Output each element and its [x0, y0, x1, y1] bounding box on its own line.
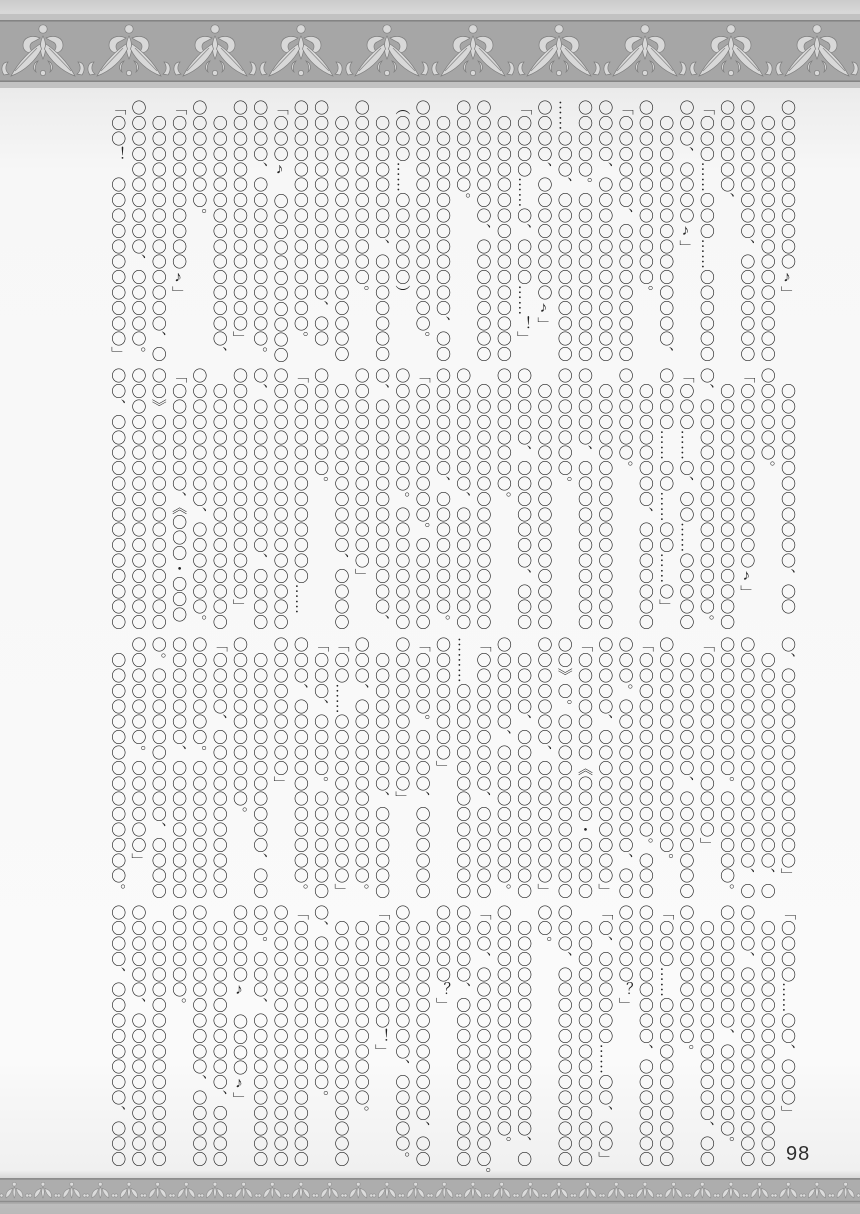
text-column: 〇〇〇〇〇〇〇〇〇〇、〇〇〇〇〇。 — [391, 905, 411, 1169]
text-column: 〇〇〇〇〇〇〇〇、〇〇〇〇〇〇〇 — [635, 368, 655, 632]
text-column: 「〇〇〇〇……〇、〇〇〇……！」 — [513, 100, 533, 364]
text-column: 〇〇〇〇〇〇〇〇〇、〇〇〇〇〇〇。 — [188, 368, 208, 632]
text-column: 〇〇〇〇〇〇〇〇〇〇」 — [391, 637, 411, 901]
text-column: 〇〇〇〇〇〇〇〇、〇〇〇〇〇〇〇〇 — [452, 368, 472, 632]
text-column: 〇、〇〇〇〇〇〇〇〇〇〇〇〇〇〇。 — [696, 368, 716, 632]
text-column: 〇〇〇〇〇〇〇〇〇〇〇〇。 — [350, 905, 370, 1169]
text-column: 〇〇〇〇〇〇〇〇〇、〇〇〇〇〇〇〇 — [635, 905, 655, 1169]
text-column: 〇〇〇〇〇〇〇〇〇〇〇、〇〇〇〇〇 — [188, 905, 208, 1169]
text-column: 「〇、〇〇〇〇〇〇……〇〇、〇〇」 — [594, 905, 614, 1169]
text-column: 〇〇〇〇〇〇〇〇〇〇〇〇〇〇〇、 — [655, 100, 675, 364]
text-column: 〇〇〇〇〇〇〇〇、〇〇〇〇〇〇〇 — [371, 100, 391, 364]
text-column: 〇〇〇〇〇〇、〇〇〇〇〇〇〇〇〇〇 — [127, 905, 147, 1169]
text-column: 〇〇〇〇〇〇、〇〇〇〇〇〇〇〇〇。 — [493, 637, 513, 901]
text-column: 〇〇〇〇、〇〇〇〇〇〇〇〇、〇〇〇 — [107, 905, 127, 1169]
text-column: 〇〇〇〇〇〇。 — [614, 368, 634, 632]
text-column: 〇〇〇〇……〇〇……〇〇……〇」 — [655, 368, 675, 632]
text-band-4: 「〇〇〇〇……〇〇、〇〇〇」 〇〇〇〇〇〇〇〇〇〇〇〇〇〇〇〇〇〇〇、〇〇〇〇〇… — [105, 905, 797, 1169]
text-column: 〇〇〇〇〇〇〇〇〇」 — [269, 637, 289, 901]
text-column: 〇〇〇〇〇〇〇〇〇〇〇〇〇、〇〇 — [249, 637, 269, 901]
text-column: 「〇〇、〇〇〇〇〇〇〇〇〇〇〇〇〇。 — [472, 905, 492, 1169]
text-column: 〇〇〇〇〇〇〇〇〇〇〇〇〇〇〇〇 — [148, 905, 168, 1169]
text-column: 〇〇〇〇〇〇〇〇〇〇〇〇〇〇〇、 — [208, 100, 228, 364]
text-column: 「〇〇〇……〇〇〇〇〇〇〇〇〇〇〇 — [655, 905, 675, 1169]
text-column: 〇〇〇〇〇〇〇〇〇〇〇〇〇〇〇〇〇 — [269, 368, 289, 632]
text-column: 〇〇〇、〇〇〇〇〇〇〇〇〇〇〇〇〇 — [553, 905, 573, 1169]
text-column: ……〇〇〇、〇〇〇〇〇〇〇〇〇〇〇 — [553, 100, 573, 364]
text-column: 「〇〇〇、〇〇〇〇。〇〇〇〇〇〇〇 — [310, 637, 330, 901]
text-column: 〇〇〇〇〇〇〇。 — [310, 368, 330, 632]
text-column: 〇〇〇〇〇？」 — [432, 905, 452, 1169]
text-column: 〇〇〇〇〇〇〇〇〇、〇〇〇〇〇〇〇 — [736, 100, 756, 364]
text-column: 〇〇〇〇〇〇〇〇〇。 — [675, 905, 695, 1169]
text-column: 〇〇〇〇〇〇〇〇〇〇〇〇〇、〇〇 — [310, 100, 330, 364]
text-column: 〇〇〇〇〇〇〇〇〇〇〇〇〇〇〇〇 — [330, 100, 350, 364]
page-number: 98 — [786, 1143, 810, 1166]
text-column: 〇〇〇〇〇〇。 — [452, 100, 472, 364]
text-column: 「〇〇〇……〇〇〇……〇〇〇〇〇〇 — [696, 100, 716, 364]
text-column: 〇〇〇〇〇〇〇〇〇〇〇〇〇〇〇〇 — [756, 905, 776, 1169]
text-column: 〇〇〇〇〇〇〇〇〇〇〇〇〇〇〇。 — [493, 905, 513, 1169]
text-column: 〇〇〇〇〇〇〇〇〇〇〇。 — [229, 637, 249, 901]
text-column: 〇〇〇〇〇〇〇。 — [553, 368, 573, 632]
text-band-3: 〇、〇〇〇〇〇〇〇〇〇〇〇〇〇」 〇〇〇〇〇〇〇〇〇〇〇〇〇〇、〇〇〇〇〇〇〇〇… — [105, 637, 797, 901]
text-band-1: 〇〇〇〇〇〇〇〇〇〇〇♪」 〇〇〇〇〇〇〇〇〇〇〇〇〇〇〇〇〇〇〇〇〇〇〇〇〇、… — [105, 100, 797, 364]
text-column: 〇〇〇〇〇〇〇。〇〇〇〇〇〇〇〇〇 — [188, 637, 208, 901]
text-column: 〇、〇〇〇〇〇〇〇〇〇〇〇〇〇〇、 — [371, 368, 391, 632]
text-column: 〇〇〇〇〇〇〇〇〇〇〇、〇〇〇〇 — [208, 905, 228, 1169]
text-column: 〇〇〇、〇〇〇〇〇〇〇〇〇〇〇〇〇 — [736, 905, 756, 1169]
text-column: 〇〇〇〇〇〇〇。 — [188, 100, 208, 364]
text-column: 〇〇〇、〇〇〇〇〇〇〇〇〇〇〇〇。 — [350, 637, 370, 901]
text-column: 〇〇〇〇〇〇〇〇、〇〇〇〇〇〇。 — [716, 905, 736, 1169]
text-column: 〇〇〇〇、〇〇〇〇〇〇〇〇〇〇〇〇 — [594, 100, 614, 364]
text-column: 「〇〇〇〇〇〇〇〇〇〇〇〇。〇〇〇 — [635, 637, 655, 901]
text-column: 〇〇〇〇〇〇〇〇〇、〇〇〇〇〇〇 — [371, 637, 391, 901]
text-column: 「〇〇〇〇、〇〇〇〇〇〇〇〇〇〇〇 — [208, 637, 228, 901]
text-column: 〇〇〇〇〇〇〇〇」 — [432, 637, 452, 901]
text-column: 〇〇〇。〇〇〇〇〇〇〇〇〇〇、〇〇 — [614, 637, 634, 901]
text-column: 〇〇〇〇〇、〇〇〇〇〇〇〇〇〇〇〇 — [574, 368, 594, 632]
text-column: 〇〇〇〇〇〇〇、〇〇〇〇〇〇〇〇」 — [533, 637, 553, 901]
text-column: 〇〇〇〇〇〇〇〇〇〇〇〇。 — [350, 100, 370, 364]
text-column: 〇〇〇〇〇〇〇〇〇〇〇〇、〇〇 — [777, 368, 797, 632]
text-column: 〇〇〇、〇〇〇〇〇〇〇〇〇〇〇〇。 — [290, 637, 310, 901]
text-column: 「〇〇〇〇〇〇、〇〇〇〇〇〇〇〇〇 — [614, 100, 634, 364]
text-column: 「〇〇〇〇〇〇〇〇〇。〇〇〇〇〇〇 — [411, 368, 431, 632]
text-column: 〇、〇〇〇〇〇〇〇〇〇〇、〇〇〇〇 — [249, 368, 269, 632]
text-column: 〇〇》〇〇〇〇〇〇〇〇〇〇〇〇〇〇 — [148, 368, 168, 632]
text-column: 〇。〇〇〇〇〇〇〇〇〇〇、〇〇〇〇 — [148, 637, 168, 901]
text-column: 〇〇〇〇〇。〇〇〇〇〇〇〇〇〇〇〇 — [574, 100, 594, 364]
text-column: 〇、〇〇〇〇〇〇〇〇〇〇〇〇〇」 — [777, 637, 797, 901]
text-column: 〇〇。 — [533, 905, 553, 1169]
text-column: 「〇〇！ 〇〇〇〇〇〇〇〇〇〇〇」 — [107, 100, 127, 364]
text-column: 「〇〇〇〇〇〇〇〇〇〇〇〇♪」 — [736, 368, 756, 632]
text-column: 〇〇〇〇〇〇〇〇〇〇〇〇〇〇〇、〇 — [736, 637, 756, 901]
text-column: 「〇〇〇〇〇〇〇《〇〇〇・〇〇〇〇 — [574, 637, 594, 901]
text-column: 〇〇〇〇〇〇〇、〇〇〇〇〇〇〇〇。 — [432, 368, 452, 632]
text-column: 〇〇〇〇、〇〇〇〇〇〇〇〇♪」 — [533, 100, 553, 364]
text-column: 「〇〇〇〇〇〇〇〇〇〇〇〇〇〇〇〇 — [290, 905, 310, 1169]
text-column: 〇〇〇〇〇〇、 — [716, 100, 736, 364]
text-column: 〇〇〇〇〇〇〇〇。〇〇〇〇〇〇〇〇 — [391, 368, 411, 632]
text-column: 〇〇〇〇〇〇〇〇、〇〇〇〇〇〇〇〇 — [472, 100, 492, 364]
text-column: 「〇〇〇〇。〇〇〇〇、〇〇〇〇〇〇 — [411, 637, 431, 901]
text-column: 〇〇〇〇〇〇〇〇〇〇〇〇〇〇〇。 — [290, 100, 310, 364]
text-column: 〇〇〇〇〇〇〇〇、〇〇〇〇〇〇〇 — [675, 637, 695, 901]
text-column: 〇〇〇〇〇〇〇〇〇〇〇〇〇〇〇」 — [229, 368, 249, 632]
top-ornament-border — [0, 14, 860, 88]
text-column: 〇〇〇〇〇〇〇〇〇〇〇〇〇〇〇〇 — [574, 905, 594, 1169]
text-column: 〇〇〇〇〇〇〇〇〇〇〇〇〇〇〇〇 — [716, 368, 736, 632]
text-column: 〇〇〇〇〇〇〇〇〇〇〇〇〇〇〇。 — [107, 637, 127, 901]
text-column: 〇〇〇〇〇〇〇。〇〇〇〇〇〇」 — [127, 637, 147, 901]
text-column: 〇〇〇〇〇、〇〇〇〇〇〇〇〇〇〇」 — [594, 637, 614, 901]
text-column: 「〇〇〇〇〇〇〇〇〇、〇〇〇〇〇〇 — [472, 637, 492, 901]
text-column: 〇〇〇〇〇〇〇〇〇〇〇〇〇〇〇〇 — [533, 368, 553, 632]
text-column: 〇〇〇〇〇〇〇〇。 — [493, 368, 513, 632]
bottom-ornament-border — [0, 1178, 860, 1204]
text-column: 〇〇〇〇〇〇〇、〇〇〇〇〇〇〇〇〇 — [168, 637, 188, 901]
text-column: 〇〇〇〇〇〇〇〇〇〇〇〇〇〇〇」 — [229, 100, 249, 364]
text-column: ………〇〇〇〇〇〇〇〇〇〇〇〇〇〇 — [452, 637, 472, 901]
text-column: 「〇〇……〇〇〇〇〇〇〇〇〇〇〇」 — [330, 637, 350, 901]
text-column: 〇〇〇〇〇〇〇〇〇〇〇〇〇〇〇〇 — [208, 368, 228, 632]
text-column: 〇〇〇〇〇？」 — [614, 905, 634, 1169]
text-column: 〇〇〇〇〇〇〇〇〇〇〇〇。 — [635, 100, 655, 364]
text-column: 〇〇〇〇〇〇。 — [168, 905, 188, 1169]
text-column: 〇〇〇〇〇〇〇〇〇〇〇〇〇〇〇。 — [411, 100, 431, 364]
text-column: （〇〇〇……〇〇〇〇〇〇） — [391, 100, 411, 364]
text-column: 〇〇》〇。〇〇〇〇〇〇〇〇〇〇〇〇 — [553, 637, 573, 901]
text-column: 〇〇〇〇〇〇〇〇〇〇〇〇〇〇、〇 — [148, 100, 168, 364]
text-column: 〇〇〇〇〇〇〇〇〇〇〇〇〇〇〇〇 — [756, 100, 776, 364]
text-column: 〇〇〇〇、〇〇〇〇〇〇〇〇〇〇〇 — [513, 637, 533, 901]
text-column: 「〇〇〇〇〇〇〇〇〇〇♪」 — [168, 100, 188, 364]
text-column: 「〇〇〇〇〇〇〇〇〇〇〇〇〇…… — [290, 368, 310, 632]
text-column: 〇〇〇〇〇、〇〇〇〇〇〇〇、〇〇〇 — [513, 368, 533, 632]
text-column: 〇〇〇〇〇〇〇〇〇〇〇〇〇、〇〇 — [696, 905, 716, 1169]
text-column: 〇〇〇〇〇〇〇〇〇〇〇〇〇〇〇〇 — [472, 368, 492, 632]
text-column: 〇〇、〇〇〇〇〇〇〇〇〇〇〇〇〇〇 — [107, 368, 127, 632]
text-column: 「〇〇〇……〇、〇〇……〇〇〇〇〇 — [675, 368, 695, 632]
text-column: 〇、〇〇〇〇〇〇〇〇〇〇。 — [310, 905, 330, 1169]
text-column: 〇〇〇〇〇〇〇〇〇〇〇〇〇〇〇〇〇 — [127, 368, 147, 632]
text-column: 〇〇〇〇〇〇〇〇〇〇〇〇〇〇、〇 — [513, 905, 533, 1169]
text-column: 〇〇〇〇〇〇〇〇〇〇〇〇〇」 — [350, 368, 370, 632]
text-column: 〇〇〇〇〇〇〇〇〇〇〇〇〇〇。 — [655, 637, 675, 901]
text-column: 「〇〇〇〇〇〇〇、《〇〇〇・〇〇〇 — [168, 368, 188, 632]
text-column: 〇〇〇〇〇〇〇〇〇。〇〇〇〇〇〇。 — [716, 637, 736, 901]
text-column: 〇〇〇〇〇〇〇〇〇〇〇〇〇〇〇〇 — [594, 368, 614, 632]
text-column: 〇〇〇〇〇〇〇〇〇〇〇〇〇〇〇〇 — [493, 100, 513, 364]
text-column: 〇〇〇〇〇〇〇〇〇〇、〇〇〇〇〇。 — [127, 100, 147, 364]
text-column: 〇〇〇〇〇〇〇〇〇〇〇、〇〇〇〇 — [330, 368, 350, 632]
text-column: 〇〇〇〇〇♪ 〇〇〇〇♪」 — [229, 905, 249, 1169]
text-column: 〇〇。〇〇〇、〇〇〇〇〇〇〇〇〇〇 — [249, 905, 269, 1169]
text-column: 〇〇〇〇〇、〇〇〇〇〇〇〇〇〇〇〇 — [452, 905, 472, 1169]
text-band-2: 〇〇〇〇〇〇〇〇〇〇〇〇、〇〇〇〇〇〇〇〇。「〇〇〇〇〇〇〇〇〇〇〇〇♪」 〇〇… — [105, 368, 797, 632]
text-column: 「〇〇〇〇〇〇〇！」 — [371, 905, 391, 1169]
text-column: 〇〇〇〇〇〇〇〇〇〇〇〇〇〇〇〇 — [330, 905, 350, 1169]
text-column: 「〇〇〇♪ 〇〇〇〇〇〇〇〇〇〇〇 — [269, 100, 289, 364]
text-column: 〇〇〇〇〇〇〇〇〇〇〇♪」 — [777, 100, 797, 364]
text-column: 〇〇〇〇〇〇。 — [756, 368, 776, 632]
text-column: 〇〇〇〇〇〇〇〇〇〇〇〇〇〇、〇 — [756, 637, 776, 901]
text-column: 〇〇〇〇〇〇〇〇〇〇〇〇〇〇〇〇〇 — [269, 905, 289, 1169]
text-column: 「〇〇〇〇〇〇〇〇〇〇〇〇」 — [696, 637, 716, 901]
text-column: 「〇〇〇〇……〇〇、〇〇〇」 — [777, 905, 797, 1169]
text-column: 〇〇〇〇〇〇〇〇〇〇〇〇〇、〇〇 — [432, 100, 452, 364]
text-column: 〇〇〇〇〇〇〇〇〇〇〇〇〇、〇〇 — [411, 905, 431, 1169]
text-column: 〇〇〇〇、〇〇〇〇〇〇〇〇〇〇〇。 — [249, 100, 269, 364]
text-column: 〇〇〇、〇〇〇〇♪」 — [675, 100, 695, 364]
